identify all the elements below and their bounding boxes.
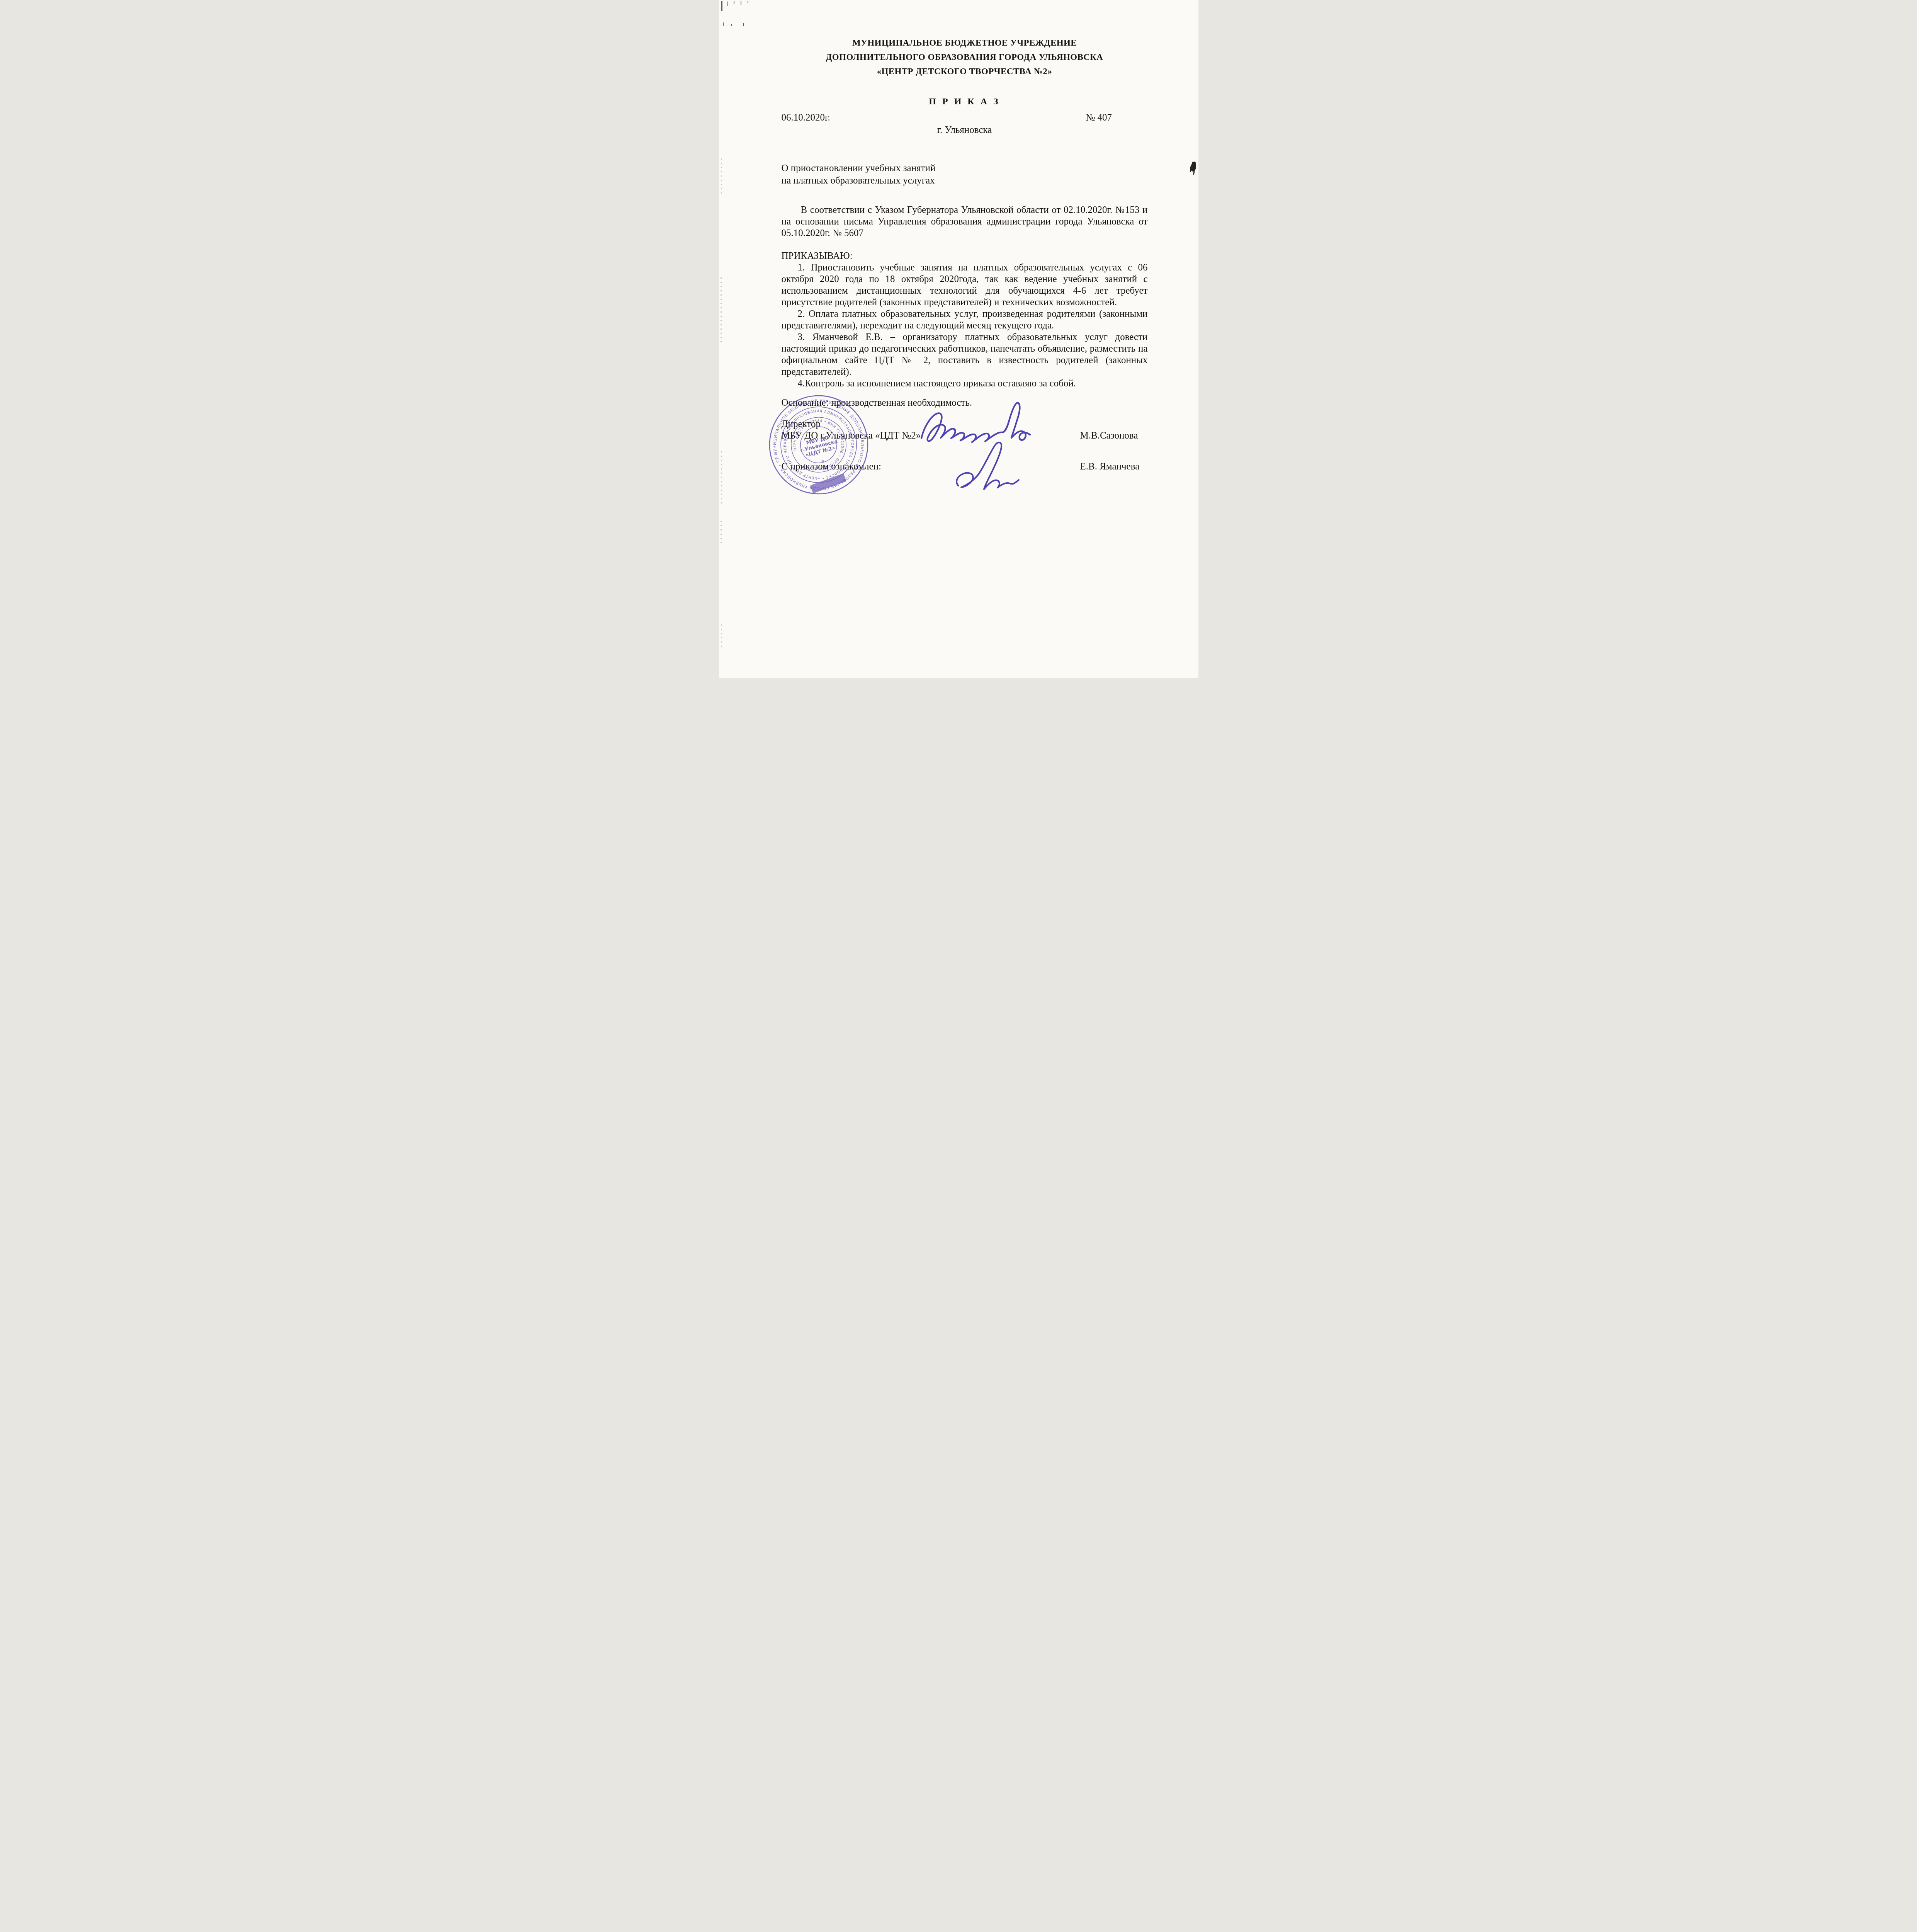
director-name: М.В.Сазонова — [1080, 430, 1138, 442]
org-name-line3: «ЦЕНТР ДЕТСКОГО ТВОРЧЕСТВА №2» — [782, 64, 1148, 78]
ack-label: С приказом ознакомлен: — [782, 461, 881, 472]
doc-number: № 407 — [1086, 112, 1112, 124]
basis-line: Основание: производственная необходимост… — [782, 397, 1148, 409]
director-title: Директор — [782, 418, 1148, 430]
order-item-2: 2. Оплата платных образовательных услуг,… — [782, 308, 1148, 332]
doc-subject: О приостановлении учебных занятий на пла… — [782, 162, 1148, 187]
subject-line1: О приостановлении учебных занятий — [782, 162, 1148, 175]
stamp-bottom-banner — [810, 473, 846, 493]
org-name-line2: ДОПОЛНИТЕЛЬНОГО ОБРАЗОВАНИЯ ГОРОДА УЛЬЯН… — [782, 50, 1148, 64]
ack-name: Е.В. Яманчева — [1080, 461, 1140, 473]
organization-header: МУНИЦИПАЛЬНОЕ БЮДЖЕТНОЕ УЧРЕЖДЕНИЕ ДОПОЛ… — [782, 36, 1148, 78]
doc-title: П Р И К А З — [782, 96, 1148, 107]
order-item-3: 3. Яманчевой Е.В. – организатору платных… — [782, 332, 1148, 378]
order-keyword: ПРИКАЗЫВАЮ: — [782, 250, 1148, 262]
acknowledgement-row: С приказом ознакомлен: Е.В. Яманчева — [782, 461, 1148, 473]
director-org: МБУ ДО г.Ульяновска «ЦДТ №2» — [782, 430, 921, 441]
scanned-order-page: МУНИЦИПАЛЬНОЕ БЮДЖЕТНОЕ УЧРЕЖДЕНИЕ ДОПОЛ… — [719, 0, 1198, 678]
doc-date: 06.10.2020г. — [782, 112, 830, 123]
director-signature-row: МБУ ДО г.Ульяновска «ЦДТ №2» М.В.Сазонов… — [782, 430, 1148, 442]
date-number-row: 06.10.2020г. № 407 — [782, 112, 1148, 124]
org-name-line1: МУНИЦИПАЛЬНОЕ БЮДЖЕТНОЕ УЧРЕЖДЕНИЕ — [782, 36, 1148, 50]
order-item-4: 4.Контроль за исполнением настоящего при… — [782, 378, 1148, 389]
scan-noise-left-edge-5 — [721, 624, 722, 650]
scan-noise-left-edge-4 — [721, 521, 722, 543]
subject-line2: на платных образовательных услугах — [782, 175, 1148, 187]
intro-paragraph: В соответствии с Указом Губернатора Улья… — [782, 204, 1148, 239]
doc-city: г. Ульяновска — [782, 124, 1148, 136]
order-item-1: 1. Приостановить учебные занятия на плат… — [782, 262, 1148, 308]
document-content: МУНИЦИПАЛЬНОЕ БЮДЖЕТНОЕ УЧРЕЖДЕНИЕ ДОПОЛ… — [719, 0, 1198, 473]
